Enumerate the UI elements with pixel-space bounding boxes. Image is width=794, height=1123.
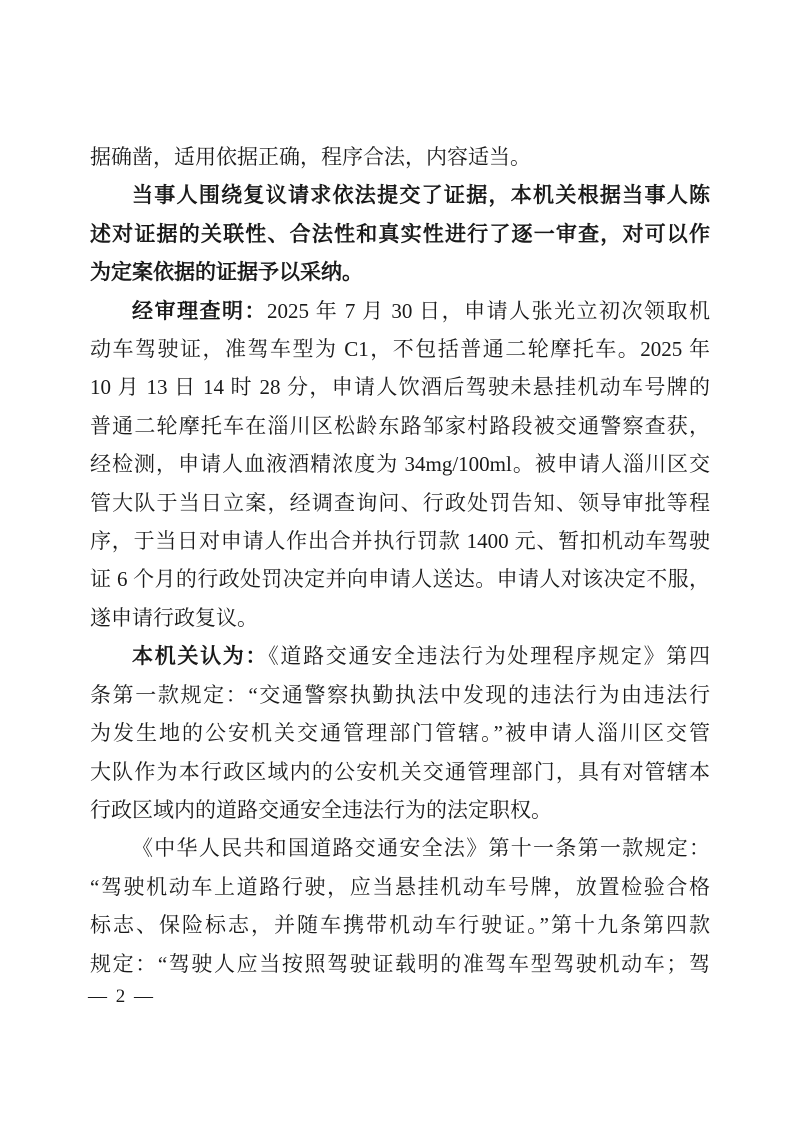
text-line: 大队作为本行政区域内的公安机关交通管理部门，具有对管辖本 (90, 753, 710, 791)
text-run: 证 6 个月的行政处罚决定并向申请人送达。申请人对该决定不服， (90, 567, 710, 591)
document-page: 据确凿，适用依据正确，程序合法，内容适当。当事人围绕复议请求依法提交了证据，本机… (0, 0, 794, 1123)
document-body: 据确凿，适用依据正确，程序合法，内容适当。当事人围绕复议请求依法提交了证据，本机… (90, 138, 710, 983)
text-line: 10 月 13 日 14 时 28 分，申请人饮酒后驾驶未悬挂机动车号牌的 (90, 368, 710, 406)
text-run: 为发生地的公安机关交通管理部门管辖。”被申请人淄川区交管 (90, 721, 710, 745)
text-run: 2025 年 7 月 30 日，申请人张光立初次领取机 (267, 299, 710, 323)
text-run: 大队作为本行政区域内的公安机关交通管理部门，具有对管辖本 (90, 760, 710, 784)
text-line: 行政区域内的道路交通安全违法行为的法定职权。 (90, 791, 710, 829)
text-run: 《中华人民共和国道路交通安全法》第十一条第一款规定： (132, 836, 710, 860)
text-line: 述对证据的关联性、合法性和真实性进行了逐一审查，对可以作 (90, 215, 710, 253)
text-run: 动车驾驶证，准驾车型为 C1，不包括普通二轮摩托车。2025 年 (90, 337, 710, 361)
text-run: 《道路交通安全违法行为处理程序规定》第四 (268, 644, 710, 668)
bold-text-run: 经审理查明： (132, 299, 267, 323)
text-line: 经检测，申请人血液酒精浓度为 34mg/100ml。被申请人淄川区交 (90, 445, 710, 483)
text-run: 10 月 13 日 14 时 28 分，申请人饮酒后驾驶未悬挂机动车号牌的 (90, 375, 710, 399)
text-line: 标志、保险标志，并随车携带机动车行驶证。”第十九条第四款 (90, 906, 710, 944)
text-run: 标志、保险标志，并随车携带机动车行驶证。”第十九条第四款 (90, 913, 710, 937)
text-run: 经检测，申请人血液酒精浓度为 34mg/100ml。被申请人淄川区交 (90, 452, 710, 476)
text-line: 本机关认为：《道路交通安全违法行为处理程序规定》第四 (90, 637, 710, 675)
text-run: 据确凿，适用依据正确，程序合法，内容适当。 (90, 145, 531, 169)
text-line: 据确凿，适用依据正确，程序合法，内容适当。 (90, 138, 710, 176)
text-line: 证 6 个月的行政处罚决定并向申请人送达。申请人对该决定不服， (90, 560, 710, 598)
bold-text-run: 本机关认为： (132, 644, 268, 668)
text-line: 动车驾驶证，准驾车型为 C1，不包括普通二轮摩托车。2025 年 (90, 330, 710, 368)
text-line: “驾驶机动车上道路行驶，应当悬挂机动车号牌，放置检验合格 (90, 868, 710, 906)
text-line: 序，于当日对申请人作出合并执行罚款 1400 元、暂扣机动车驾驶 (90, 522, 710, 560)
text-run: 普通二轮摩托车在淄川区松龄东路邹家村路段被交通警察查获， (90, 414, 710, 438)
text-run: 管大队于当日立案，经调查询问、行政处罚告知、领导审批等程 (90, 491, 710, 515)
text-line: 普通二轮摩托车在淄川区松龄东路邹家村路段被交通警察查获， (90, 407, 710, 445)
text-line: 条第一款规定：“交通警察执勤执法中发现的违法行为由违法行 (90, 676, 710, 714)
text-run: “驾驶机动车上道路行驶，应当悬挂机动车号牌，放置检验合格 (90, 875, 710, 899)
text-line: 管大队于当日立案，经调查询问、行政处罚告知、领导审批等程 (90, 484, 710, 522)
text-line: 规定：“驾驶人应当按照驾驶证载明的准驾车型驾驶机动车；驾 (90, 945, 710, 983)
text-run: 条第一款规定：“交通警察执勤执法中发现的违法行为由违法行 (90, 683, 710, 707)
text-run: 行政区域内的道路交通安全违法行为的法定职权。 (90, 798, 552, 822)
text-run: 遂申请行政复议。 (90, 606, 258, 630)
text-run: 规定：“驾驶人应当按照驾驶证载明的准驾车型驾驶机动车；驾 (90, 952, 710, 976)
text-line: 《中华人民共和国道路交通安全法》第十一条第一款规定： (90, 829, 710, 867)
bold-text-run: 述对证据的关联性、合法性和真实性进行了逐一审查，对可以作 (90, 222, 710, 246)
text-line: 遂申请行政复议。 (90, 599, 710, 637)
bold-text-run: 当事人围绕复议请求依法提交了证据，本机关根据当事人陈 (132, 183, 710, 207)
text-line: 为定案依据的证据予以采纳。 (90, 253, 710, 291)
text-line: 经审理查明：2025 年 7 月 30 日，申请人张光立初次领取机 (90, 292, 710, 330)
text-run: 序，于当日对申请人作出合并执行罚款 1400 元、暂扣机动车驾驶 (90, 529, 710, 553)
text-line: 当事人围绕复议请求依法提交了证据，本机关根据当事人陈 (90, 176, 710, 214)
page-number: — 2 — (88, 986, 155, 1008)
text-line: 为发生地的公安机关交通管理部门管辖。”被申请人淄川区交管 (90, 714, 710, 752)
bold-text-run: 为定案依据的证据予以采纳。 (90, 260, 363, 284)
